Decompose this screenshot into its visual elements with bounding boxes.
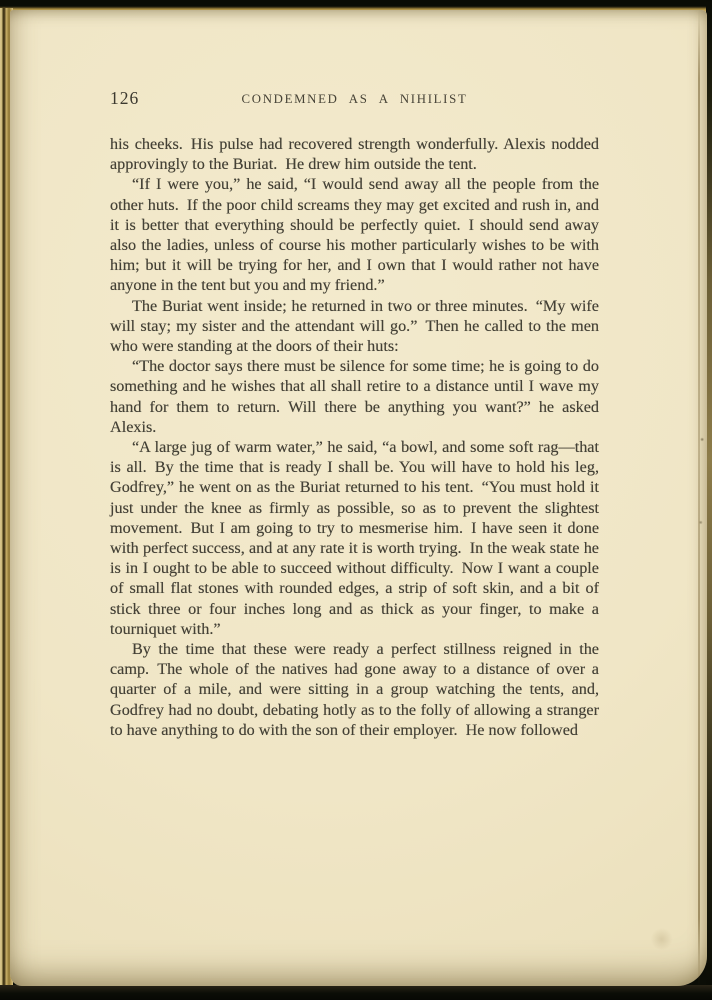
page-body-text: his cheeks. His pulse had recovered stre… [110, 134, 599, 740]
paragraph: “If I were you,” he said, “I would send … [110, 174, 599, 295]
paragraph: The Buriat went inside; he returned in t… [110, 296, 599, 357]
paragraph: his cheeks. His pulse had recovered stre… [110, 134, 599, 174]
book-edge-bottom [0, 985, 712, 1000]
book-page: 126 CONDEMNED AS A NIHILIST his cheeks. … [10, 10, 707, 986]
page-header: 126 CONDEMNED AS A NIHILIST [110, 88, 599, 110]
paragraph: “The doctor says there must be silence f… [110, 356, 599, 437]
page-number: 126 [110, 88, 139, 109]
paragraph: “A large jug of warm water,” he said, “a… [110, 437, 599, 639]
page-content-area: 126 CONDEMNED AS A NIHILIST his cheeks. … [10, 10, 707, 986]
paragraph: By the time that these were ready a perf… [110, 639, 599, 740]
running-title: CONDEMNED AS A NIHILIST [242, 92, 468, 107]
scanned-book-photo: 126 CONDEMNED AS A NIHILIST his cheeks. … [0, 0, 712, 1000]
